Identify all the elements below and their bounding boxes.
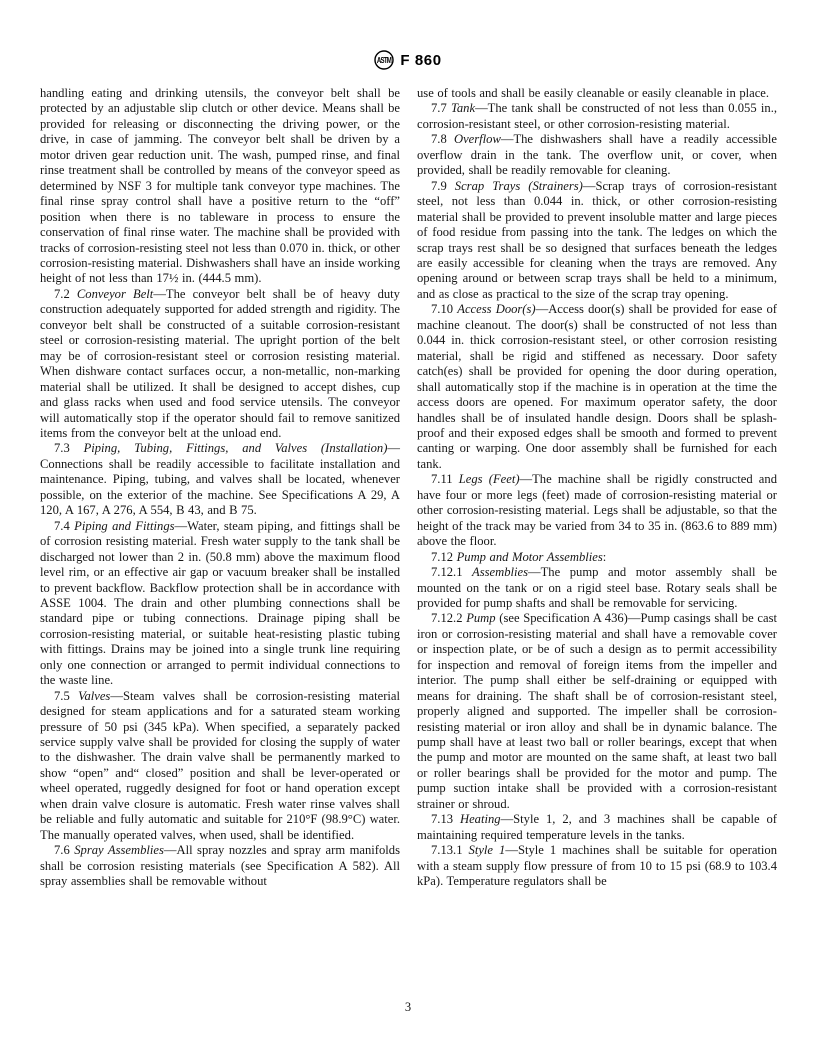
section-number: 7.4 xyxy=(54,519,74,533)
page-number: 3 xyxy=(405,1000,411,1014)
section-title: Valves xyxy=(78,689,110,703)
svg-text:ASTM: ASTM xyxy=(377,56,392,65)
section-number: 7.13 xyxy=(431,812,460,826)
document-page: ASTM F 860 handling eating and drinking … xyxy=(0,0,816,1056)
section-number: 7.7 xyxy=(431,101,451,115)
section-number: 7.13.1 xyxy=(431,843,469,857)
section-title: Spray Assemblies xyxy=(74,843,164,857)
section-number: 7.2 xyxy=(54,287,77,301)
continuation-paragraph: handling eating and drinking utensils, t… xyxy=(40,86,400,287)
section-paragraph: 7.13 Heating—Style 1, 2, and 3 machines … xyxy=(417,812,777,843)
section-number: 7.12.2 xyxy=(431,611,466,625)
section-number: 7.11 xyxy=(431,472,459,486)
section-title: Tank xyxy=(451,101,475,115)
section-paragraph: 7.5 Valves—Steam valves shall be corrosi… xyxy=(40,689,400,844)
section-number: 7.6 xyxy=(54,843,74,857)
paragraph-text: use of tools and shall be easily cleanab… xyxy=(417,86,769,100)
left-column: handling eating and drinking utensils, t… xyxy=(40,86,400,890)
section-paragraph: 7.9 Scrap Trays (Strainers)—Scrap trays … xyxy=(417,179,777,303)
section-paragraph: 7.10 Access Door(s)—Access door(s) shall… xyxy=(417,302,777,472)
section-title: Pump xyxy=(466,611,495,625)
section-title: Heating xyxy=(460,812,501,826)
section-paragraph: 7.8 Overflow—The dishwashers shall have … xyxy=(417,132,777,178)
document-body: handling eating and drinking utensils, t… xyxy=(40,86,777,890)
doc-header: ASTM F 860 xyxy=(0,50,816,70)
paragraph-text: : xyxy=(603,550,607,564)
section-title: Piping, Tubing, Fittings, and Valves (In… xyxy=(84,441,388,455)
section-title: Style 1 xyxy=(469,843,506,857)
doc-footer: 3 xyxy=(0,1000,816,1015)
right-column: use of tools and shall be easily cleanab… xyxy=(417,86,777,890)
section-paragraph: 7.6 Spray Assemblies—All spray nozzles a… xyxy=(40,843,400,889)
section-number: 7.5 xyxy=(54,689,78,703)
section-number: 7.8 xyxy=(431,132,454,146)
section-title: Scrap Trays (Strainers) xyxy=(455,179,583,193)
paragraph-text: —Access door(s) shall be provided for ea… xyxy=(417,302,777,471)
section-paragraph: 7.12 Pump and Motor Assemblies: xyxy=(417,550,777,565)
section-paragraph: 7.13.1 Style 1—Style 1 machines shall be… xyxy=(417,843,777,889)
section-paragraph: 7.7 Tank—The tank shall be constructed o… xyxy=(417,101,777,132)
section-number: 7.12 xyxy=(431,550,457,564)
section-title: Overflow xyxy=(454,132,501,146)
astm-logo-icon: ASTM xyxy=(374,50,394,70)
section-title: Assemblies xyxy=(472,565,528,579)
paragraph-text: —Water, steam piping, and fittings shall… xyxy=(40,519,400,688)
continuation-paragraph: use of tools and shall be easily cleanab… xyxy=(417,86,777,101)
doc-code: F 860 xyxy=(400,52,441,69)
section-paragraph: 7.12.2 Pump (see Specification A 436)—Pu… xyxy=(417,611,777,812)
paragraph-text: handling eating and drinking utensils, t… xyxy=(40,86,400,285)
section-number: 7.3 xyxy=(54,441,84,455)
paragraph-text: —Steam valves shall be corrosion-resisti… xyxy=(40,689,400,842)
paragraph-text: (see Specification A 436)—Pump casings s… xyxy=(417,611,777,810)
section-title: Conveyor Belt xyxy=(77,287,153,301)
section-number: 7.10 xyxy=(431,302,457,316)
section-paragraph: 7.3 Piping, Tubing, Fittings, and Valves… xyxy=(40,441,400,518)
section-title: Access Door(s) xyxy=(457,302,535,316)
section-title: Legs (Feet) xyxy=(459,472,520,486)
paragraph-text: —Scrap trays of corrosion-resistant stee… xyxy=(417,179,777,301)
section-number: 7.9 xyxy=(431,179,455,193)
section-paragraph: 7.2 Conveyor Belt—The conveyor belt shal… xyxy=(40,287,400,442)
section-paragraph: 7.12.1 Assemblies—The pump and motor ass… xyxy=(417,565,777,611)
section-title: Pump and Motor Assemblies xyxy=(457,550,603,564)
section-paragraph: 7.11 Legs (Feet)—The machine shall be ri… xyxy=(417,472,777,549)
section-title: Piping and Fittings xyxy=(74,519,174,533)
section-number: 7.12.1 xyxy=(431,565,472,579)
section-paragraph: 7.4 Piping and Fittings—Water, steam pip… xyxy=(40,519,400,689)
paragraph-text: —The conveyor belt shall be of heavy dut… xyxy=(40,287,400,440)
